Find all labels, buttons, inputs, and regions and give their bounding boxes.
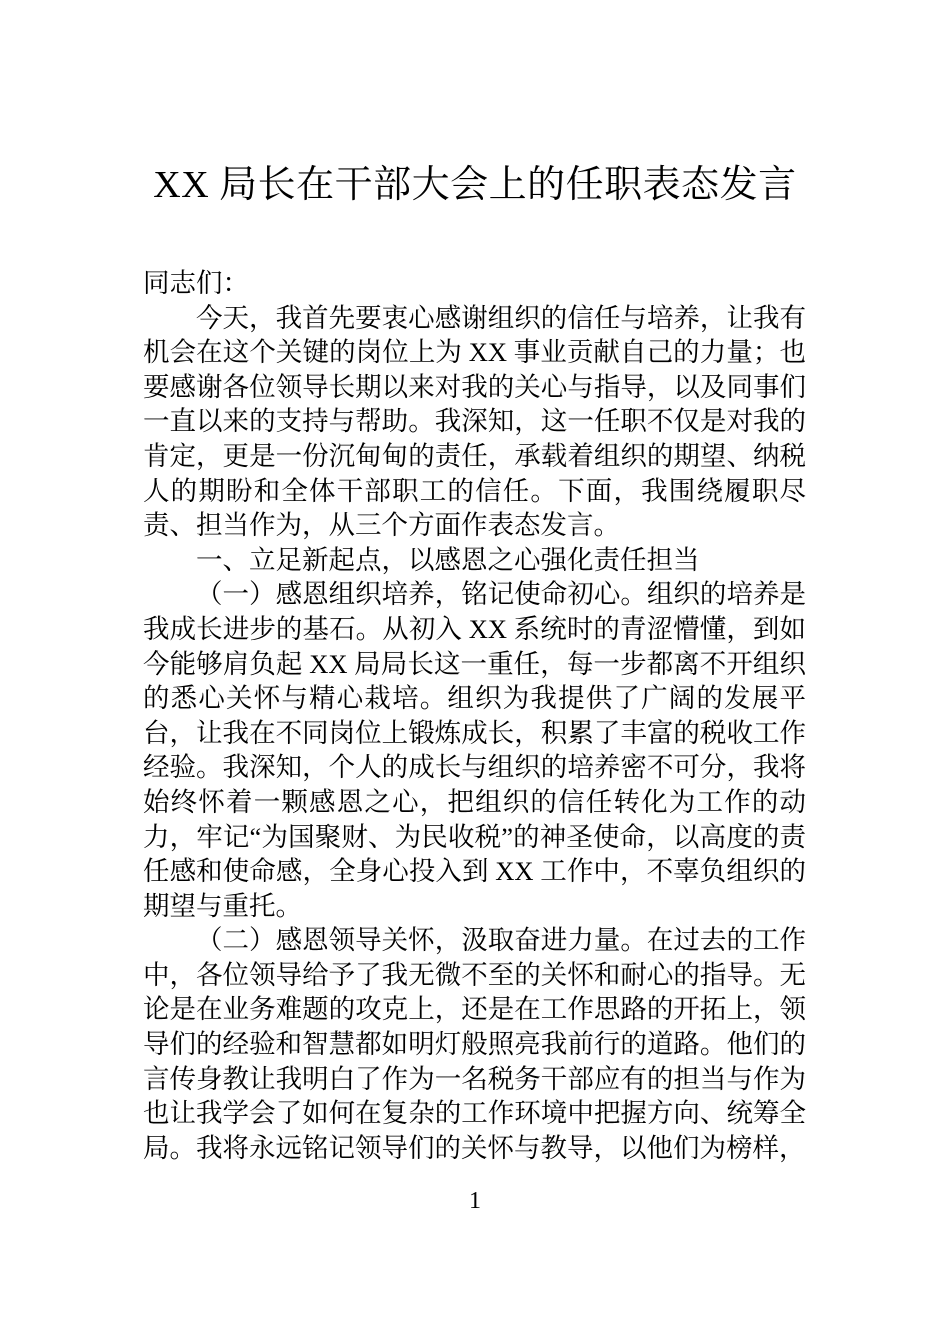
document-title: XX 局长在干部大会上的任职表态发言 [0, 0, 950, 210]
document-body: 同志们： 今天，我首先要衷心感谢组织的信任与培养，让我有机会在这个关键的岗位上为… [143, 266, 806, 1165]
page-number: 1 [0, 1186, 950, 1216]
paragraph-section1-item1: （一）感恩组织培养，铭记使命初心。组织的培养是我成长进步的基石。从初入 XX 系… [143, 577, 806, 923]
paragraph-intro: 今天，我首先要衷心感谢组织的信任与培养，让我有机会在这个关键的岗位上为 XX 事… [143, 301, 806, 543]
document-page: XX 局长在干部大会上的任职表态发言 同志们： 今天，我首先要衷心感谢组织的信任… [0, 0, 950, 1344]
section-heading-1: 一、立足新起点，以感恩之心强化责任担当 [143, 543, 806, 578]
salutation: 同志们： [143, 266, 806, 301]
paragraph-section1-item2: （二）感恩领导关怀，汲取奋进力量。在过去的工作中，各位领导给予了我无微不至的关怀… [143, 923, 806, 1165]
